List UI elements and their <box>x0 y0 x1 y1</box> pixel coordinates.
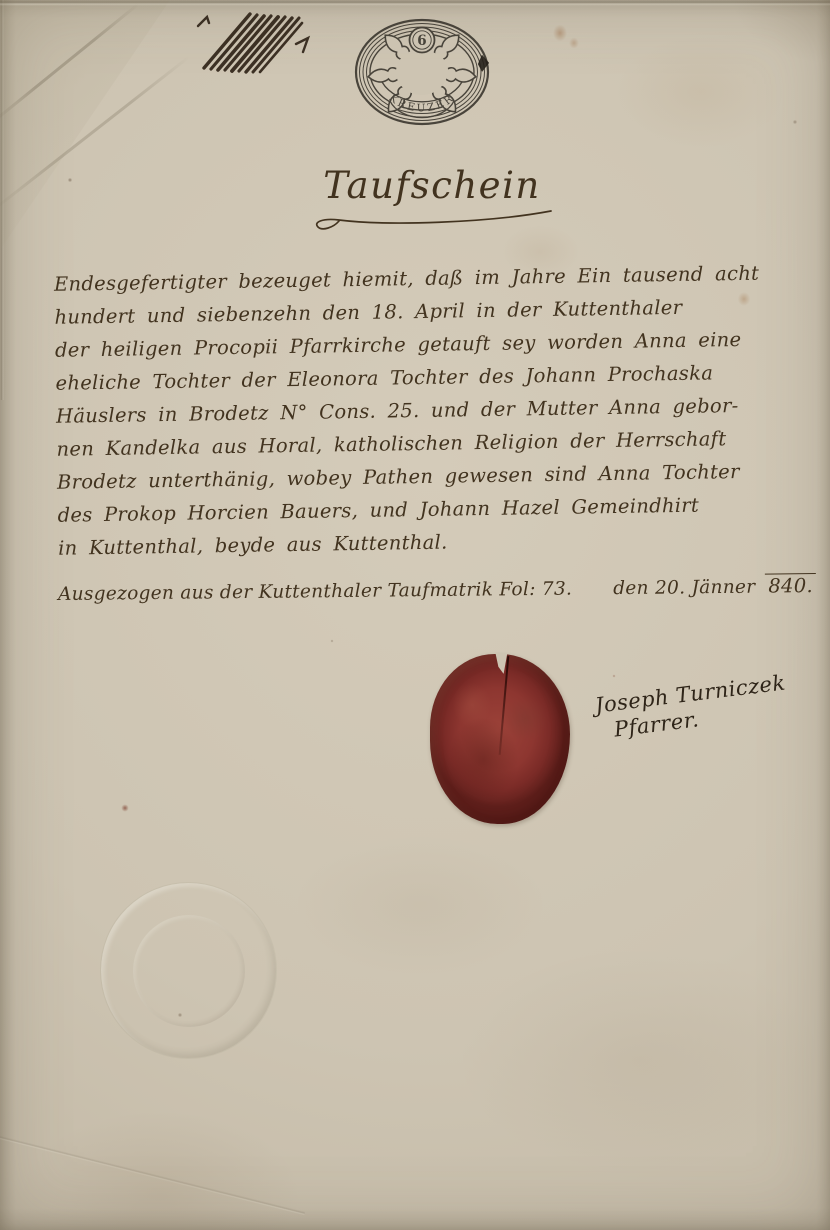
blind-embossed-stamp <box>100 882 277 1059</box>
extract-date: den 20. Jänner <box>613 577 765 600</box>
red-wax-seal <box>430 654 570 824</box>
corner-fold-line <box>0 3 140 125</box>
extract-source-text: Ausgezogen aus der Kuttenthaler Taufmatr… <box>58 579 572 605</box>
stamp-denomination-text: KREUZER <box>387 92 458 115</box>
kreuzer-revenue-stamp-icon: 6 KREUZER <box>352 16 492 128</box>
document-sheet: 6 KREUZER Taufschein Endesgefertigter be… <box>0 0 830 1230</box>
handwritten-body: Endesgefertigter bezeuget hiemit, daß im… <box>54 256 787 564</box>
stamp-value-medallion: 6 <box>410 28 435 53</box>
svg-text:KREUZER: KREUZER <box>387 92 458 115</box>
title-underline-flourish <box>307 203 557 231</box>
title-block: Taufschein <box>0 164 830 231</box>
stamp-value-text: 6 <box>417 33 426 49</box>
document-title: Taufschein <box>323 164 541 207</box>
ink-hatching-strokes <box>196 6 318 76</box>
extract-line: Ausgezogen aus der Kuttenthaler Taufmatr… <box>58 573 816 605</box>
diagonal-fold-crease <box>0 1125 305 1216</box>
extract-year: 840. <box>765 573 816 598</box>
horizontal-fold-crease <box>0 0 830 5</box>
horizontal-fold-crease <box>0 0 830 6</box>
signature-block: Joseph Turniczek Pfarrer. <box>594 671 790 744</box>
